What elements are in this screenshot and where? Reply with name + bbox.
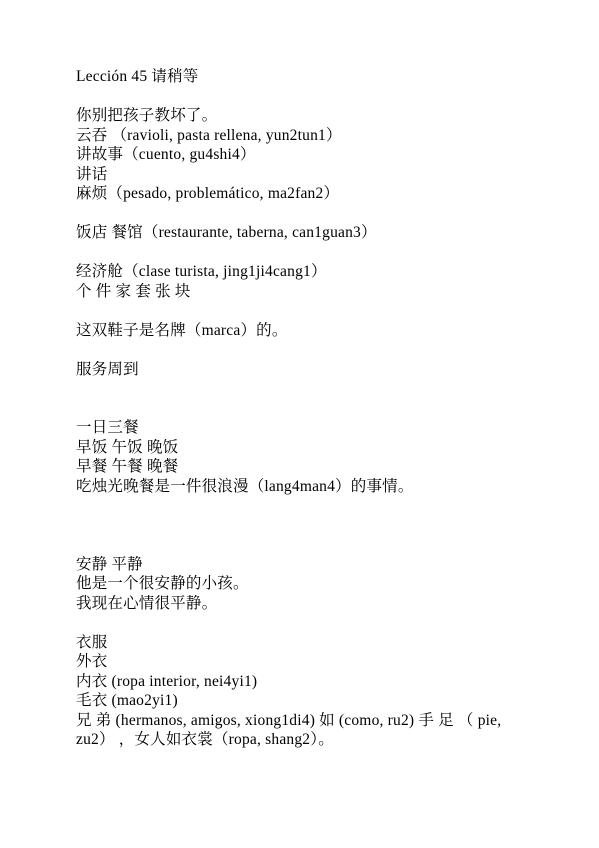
text-line: 吃烛光晚餐是一件很浪漫（lang4man4）的事情。 (76, 477, 529, 497)
text-line: 早餐 午餐 晚餐 (76, 457, 529, 477)
text-line: 衣服 (76, 633, 529, 653)
document-page: Lección 45 请稍等 你别把孩子教坏了。 云吞 （ravioli, pa… (0, 0, 599, 848)
text-line: 这双鞋子是名牌（marca）的。 (76, 321, 529, 341)
text-line: 我现在心情很平静。 (76, 594, 529, 614)
blank-line (76, 535, 529, 555)
text-line: 云吞 （ravioli, pasta rellena, yun2tun1） (76, 126, 529, 146)
blank-line (76, 87, 529, 107)
text-line: 内衣 (ropa interior, nei4yi1) (76, 672, 529, 692)
blank-line (76, 399, 529, 419)
text-line: 一日三餐 (76, 418, 529, 438)
text-line: zu2） ，女人如衣裳（ropa, shang2）。 (76, 730, 529, 750)
text-line: 讲故事（cuento, gu4shi4） (76, 145, 529, 165)
lesson-title: Lección 45 请稍等 (76, 67, 529, 87)
text-line: 外衣 (76, 652, 529, 672)
text-line: 饭店 餐馆（restaurante, taberna, can1guan3） (76, 223, 529, 243)
text-line: 麻烦（pesado, problemático, ma2fan2） (76, 184, 529, 204)
text-line: 兄 弟 (hermanos, amigos, xiong1di4) 如 (com… (76, 711, 529, 731)
blank-line (76, 301, 529, 321)
text-line: 安静 平静 (76, 555, 529, 575)
blank-line (76, 516, 529, 536)
text-line: 你别把孩子教坏了。 (76, 106, 529, 126)
blank-line (76, 613, 529, 633)
blank-line (76, 204, 529, 224)
text-line: 个 件 家 套 张 块 (76, 282, 529, 302)
text-line: 早饭 午饭 晚饭 (76, 438, 529, 458)
blank-line (76, 496, 529, 516)
text-line: 讲话 (76, 165, 529, 185)
text-line: 服务周到 (76, 360, 529, 380)
blank-line (76, 243, 529, 263)
blank-line (76, 379, 529, 399)
text-line: 经济舱（clase turista, jing1ji4cang1） (76, 262, 529, 282)
text-line: 他是一个很安静的小孩。 (76, 574, 529, 594)
text-line: 毛衣 (mao2yi1) (76, 691, 529, 711)
blank-line (76, 340, 529, 360)
